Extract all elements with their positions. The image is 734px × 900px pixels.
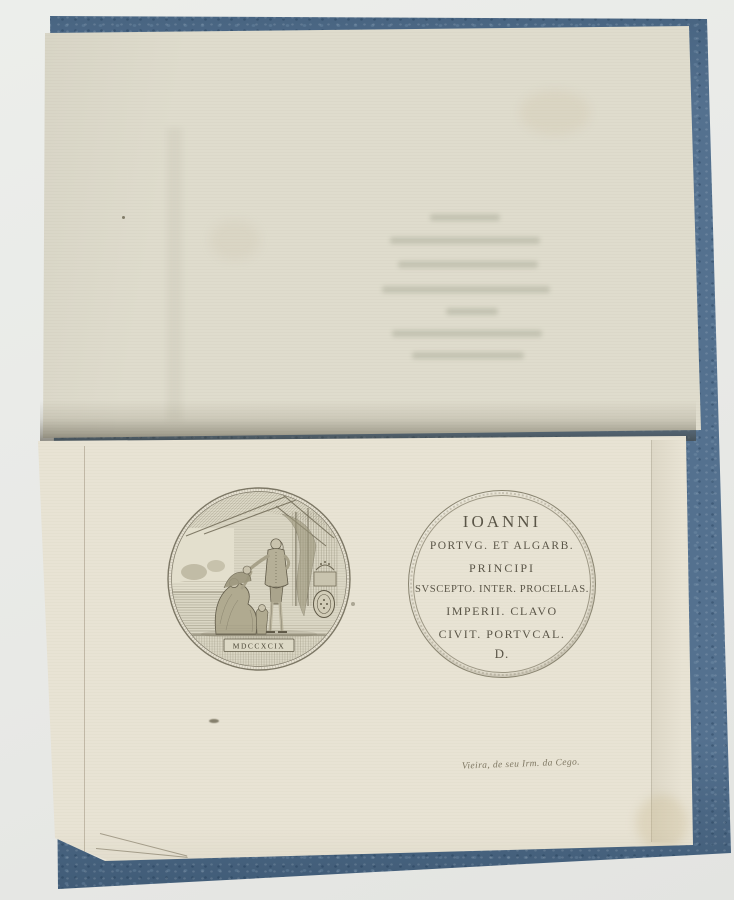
paper-stain: [210, 220, 260, 260]
engraving-medallion: MDCCXCIX: [164, 484, 354, 674]
showthrough-strip: [167, 128, 182, 420]
dedication-line-2: PORTVG. ET ALGARB.: [430, 540, 574, 552]
dedication-line-3: PRINCIPI: [469, 561, 535, 576]
engraving-scene: MDCCXCIX: [164, 484, 354, 674]
left-medallion-date: MDCCXCIX: [233, 642, 285, 651]
platemark-line: [84, 446, 85, 856]
ink-smudge: [209, 719, 219, 723]
paper-stain: [520, 90, 590, 135]
dedication-line-6: CIVIT. PORTVCAL.: [439, 627, 566, 642]
showthrough-line: [392, 330, 542, 337]
dedication-line-7: D.: [495, 646, 510, 662]
showthrough-line: [382, 286, 550, 293]
showthrough-line: [412, 352, 524, 359]
page-fold-shade: [652, 440, 690, 842]
dedication-medallion: IOANNI PORTVG. ET ALGARB. PRINCIPI SVSCE…: [408, 490, 596, 678]
showthrough-line: [390, 237, 540, 244]
ink-speck: [122, 216, 125, 219]
showthrough-line: [446, 308, 498, 315]
paper-stain: [636, 795, 688, 851]
showthrough-line: [430, 214, 500, 221]
dedication-line-1: IOANNI: [463, 512, 541, 532]
dedication-line-4: SVSCEPTO. INTER. PROCELLAS.: [415, 584, 589, 595]
dedication-text: IOANNI PORTVG. ET ALGARB. PRINCIPI SVSCE…: [409, 491, 595, 677]
dedication-line-5: IMPERII. CLAVO: [446, 604, 557, 619]
book-photograph: MDCCXCIX IOANNI PORTVG. ET ALGARB. PRINC…: [0, 0, 734, 900]
showthrough-line: [398, 261, 538, 268]
gutter-shadow: [40, 400, 696, 441]
